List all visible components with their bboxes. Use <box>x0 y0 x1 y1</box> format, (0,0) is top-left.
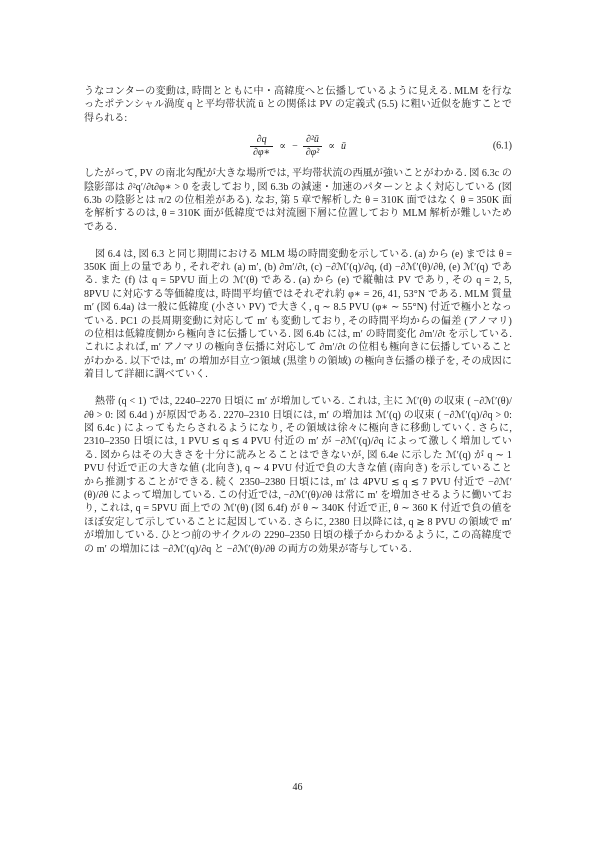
proportional-symbol: ∝ <box>278 141 287 152</box>
paragraph-pv-gradient: したがって, PV の南北勾配が大きな場所では, 平均帯状流の西風が強いことがわ… <box>84 167 512 234</box>
page-number: 46 <box>293 782 303 793</box>
equation-body: ∂q ∂φ∗ ∝ − ∂²ū ∂φ² ∝ ū <box>250 134 346 158</box>
fraction-numerator: ∂q <box>254 134 270 146</box>
fraction-dq-dphi: ∂q ∂φ∗ <box>250 134 273 158</box>
document-page: うなコンターの変動は, 時間とともに中・高緯度へと伝播しているように見える. M… <box>0 0 595 842</box>
proportional-symbol: ∝ <box>327 141 336 152</box>
paragraph-fig64-overview: 図 6.4 は, 図 6.3 と同じ期間における MLM 場の時間変動を示してい… <box>84 248 512 382</box>
ubar-symbol: ū <box>341 141 346 152</box>
fraction-numerator: ∂²ū <box>303 134 322 146</box>
equation-number: (6.1) <box>493 141 512 152</box>
equation-6-1: ∂q ∂φ∗ ∝ − ∂²ū ∂φ² ∝ ū (6.1) <box>84 132 512 160</box>
fraction-d2u-dphi2: ∂²ū ∂φ² <box>303 134 322 158</box>
paragraph-tropics-analysis: 熱帯 (q < 1) では, 2240–2270 日頃に m′ が増加している.… <box>84 395 512 556</box>
fraction-denominator: ∂φ² <box>303 146 322 159</box>
minus-sign: − <box>292 141 298 152</box>
text-block: うなコンターの変動は, 時間とともに中・高緯度へと伝播しているように見える. M… <box>84 85 512 556</box>
fraction-denominator: ∂φ∗ <box>250 146 273 159</box>
paragraph-intro: うなコンターの変動は, 時間とともに中・高緯度へと伝播しているように見える. M… <box>84 85 512 125</box>
page-footer: 46 <box>0 782 595 793</box>
